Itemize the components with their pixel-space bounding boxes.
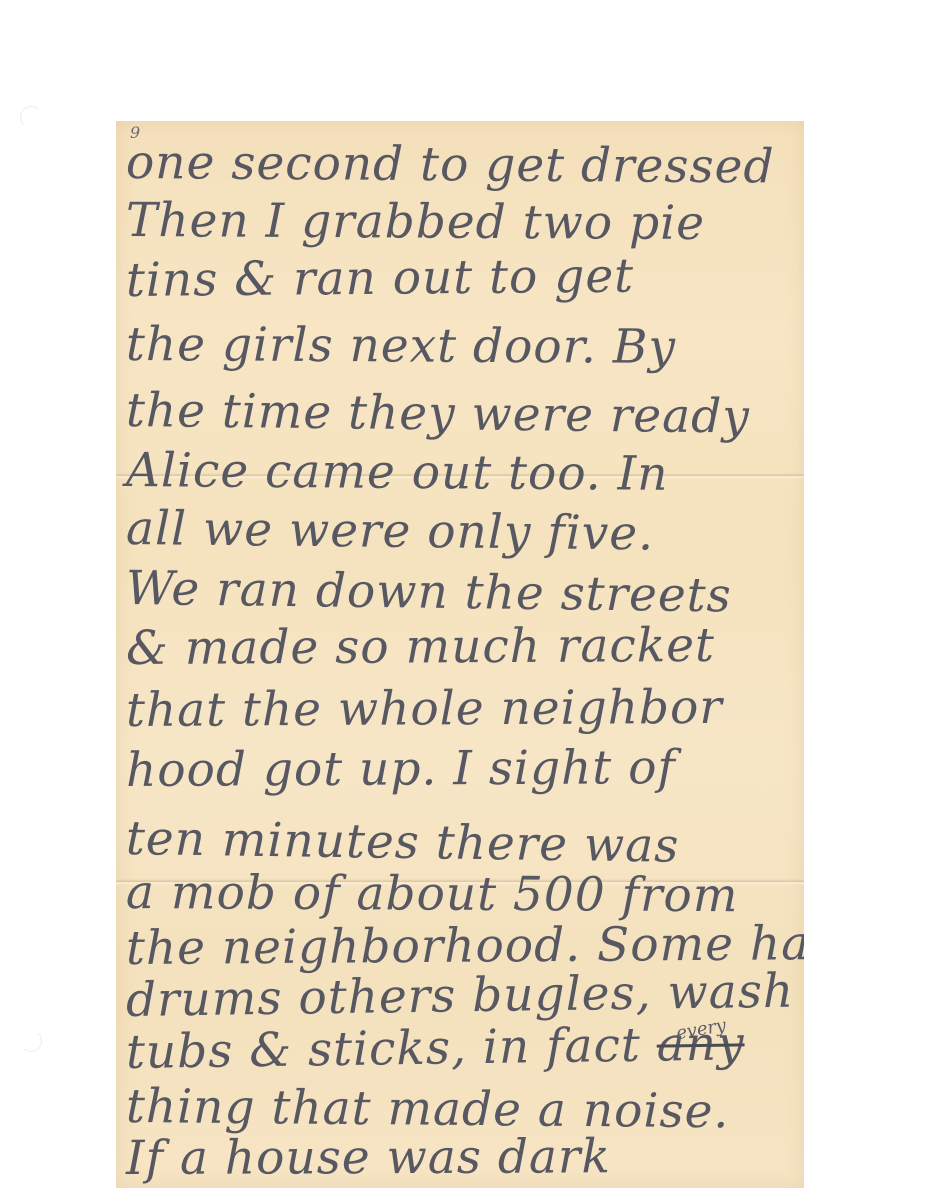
text-line: If a house was dark bbox=[126, 1129, 611, 1186]
text-line: tubs & sticks, in fact any bbox=[126, 1016, 745, 1080]
text-line: ten minutes there was bbox=[126, 811, 680, 874]
text-line: Then I grabbed two pie bbox=[126, 193, 705, 251]
text-line: all we were only five. bbox=[126, 501, 655, 562]
text-line: & made so much racket bbox=[126, 618, 715, 676]
text-line: that the whole neighbor bbox=[126, 680, 723, 738]
text-line: a mob of about 500 from bbox=[126, 865, 739, 923]
text-line: the girls next door. By bbox=[126, 317, 676, 375]
letter-paper: 9 one second to get dressed Then I grabb… bbox=[116, 121, 804, 1188]
text-line: Alice came out too. In bbox=[126, 443, 669, 502]
text-line: hood got up. I sight of bbox=[126, 740, 676, 798]
text-line: one second to get dressed bbox=[126, 135, 775, 195]
binder-hole-mark-bottom bbox=[20, 1030, 42, 1052]
text-line: We ran down the streets bbox=[126, 561, 732, 623]
handwritten-text: one second to get dressed Then I grabbed… bbox=[116, 121, 804, 1188]
text-line-main: tubs & sticks, in fact bbox=[126, 1018, 642, 1080]
scanned-page: 9 one second to get dressed Then I grabb… bbox=[0, 0, 927, 1200]
text-line: tins & ran out to get bbox=[126, 249, 634, 308]
binder-hole-mark-top bbox=[20, 106, 42, 128]
text-line: the time they were ready bbox=[126, 383, 750, 445]
